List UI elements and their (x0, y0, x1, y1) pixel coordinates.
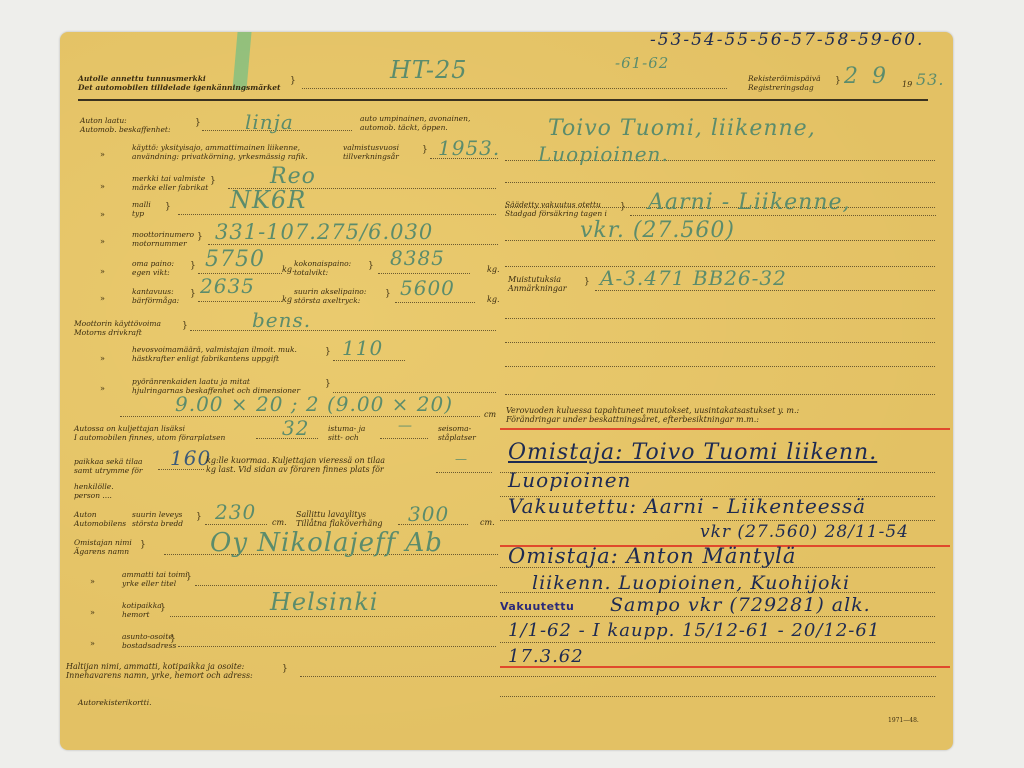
width-value: 230 (215, 500, 256, 524)
change-entry-9: 17.3.62 (508, 646, 584, 667)
reg-date-year: 53. (916, 70, 944, 89)
brace: } (165, 202, 171, 212)
label-fi: suurin leveys (132, 510, 183, 519)
label-fi: hevosvoimamäärä, valmistajan ilmoit. muk… (132, 345, 297, 354)
note-sv: automob. täckt, öppen. (360, 123, 470, 132)
brace: } (197, 232, 203, 242)
reg-mark-value: HT-25 (390, 56, 468, 84)
brace: } (186, 572, 192, 582)
brace: } (160, 603, 166, 613)
bullet: » (100, 384, 105, 393)
label-fi: kantavuus: (132, 287, 179, 296)
change-entry-3: Vakuutettu: Aarni - Liikenteessä (508, 494, 866, 518)
change-entry-6: liikenn. Luopioinen, Kuohijoki (532, 572, 850, 594)
brace: } (190, 261, 196, 271)
brace: } (422, 145, 428, 155)
label-sv: Ägarens namn (74, 547, 132, 556)
label-fi: käyttö: yksityisajo, ammattimainen liike… (132, 143, 308, 152)
brace: } (620, 202, 626, 212)
label-sv: Motorns drivkraft (74, 328, 161, 337)
bullet: » (90, 577, 95, 586)
brace: } (196, 512, 202, 522)
use-label: käyttö: yksityisajo, ammattimainen liike… (132, 143, 308, 161)
reg-date-century: 19 (902, 80, 912, 89)
change-entry-4: vkr (27.560) 28/11-54 (700, 522, 909, 542)
overhang-label: Sallittu lavaylitys Tillåtna flaköverhän… (296, 510, 383, 528)
brace: } (282, 664, 288, 674)
width-sublabel: suurin leveys största bredd (132, 510, 183, 528)
reg-mark-label-fi: Autolle annettu tunnusmerkki (78, 74, 280, 83)
label-fi: Sallittu lavaylitys (296, 510, 383, 519)
note-fi: auto umpinainen, avonainen, (360, 114, 470, 123)
bullet: » (100, 210, 105, 219)
engine-no-value: 331-107.275/6.030 (215, 220, 433, 244)
beside-value: — (455, 452, 468, 466)
years-line-1: -53-54-55-56-57-58-59-60. (650, 32, 924, 50)
text-sv: kg last. Vid sidan av föraren finnes pla… (206, 465, 385, 474)
reg-mark-label: Autolle annettu tunnusmerkki Det automob… (78, 74, 280, 92)
dotted-line (380, 438, 428, 439)
label-fi: Autossa on kuljettajan lisäksi (74, 424, 225, 433)
insurance-value-line-1: Aarni - Liikenne, (648, 190, 851, 215)
make-label: merkki tai valmiste märke eller fabrikat (132, 174, 208, 192)
brace: } (195, 118, 201, 128)
change-entry-1: Omistaja: Toivo Tuomi liikenn. (508, 440, 877, 465)
bullet: » (100, 150, 105, 159)
reg-date-label-sv: Registreringsdag (748, 83, 821, 92)
label-fi: valmistusvuosi (343, 143, 399, 152)
brace: } (368, 261, 374, 271)
brace: } (584, 277, 590, 287)
dotted-line (500, 520, 935, 521)
dotted-line (500, 642, 935, 643)
dotted-line (205, 524, 267, 525)
label-fi: ammatti tai toimi (122, 570, 188, 579)
brace: } (190, 289, 196, 299)
body-type-note: auto umpinainen, avonainen, automob. täc… (360, 114, 470, 132)
overhang-value: 300 (408, 502, 449, 526)
label-fi: kokonaispaino: (294, 259, 351, 268)
width-label: Auton Automobilens (74, 510, 126, 528)
insured-stamp: Vakuutettu (500, 600, 574, 613)
changes-header: Verovuoden kuluessa tapahtuneet muutokse… (506, 406, 799, 424)
own-weight-label: oma paino: egen vikt: (132, 259, 174, 277)
standing-value: — (398, 418, 413, 434)
brace: } (182, 321, 188, 331)
brace: } (325, 379, 331, 389)
label-sv: totalvikt: (294, 268, 351, 277)
brace: } (210, 176, 216, 186)
label-sv: hästkrafter enligt fabrikantens uppgift (132, 354, 297, 363)
seat-type-label: istuma- ja sitt- och (328, 424, 365, 442)
label-fi: paikkaa sekä tilaa (74, 457, 143, 466)
label-fi: moottorinumero (132, 230, 194, 239)
horsepower-value: 110 (342, 336, 383, 360)
label-sv: person .... (74, 491, 114, 500)
label-fi: Verovuoden kuluessa tapahtuneet muutokse… (506, 406, 799, 415)
label-sv: märke eller fabrikat (132, 183, 208, 192)
reg-date-label: Rekisteröimispäivä Registreringsdag (748, 74, 821, 92)
label-fi: suurin akselipaino: (294, 287, 366, 296)
label-fi: malli (132, 200, 151, 209)
insurance-value-line-2: vkr. (27.560) (580, 218, 735, 243)
load-text: kg:lle kuormaa. Kuljettajan vieressä on … (206, 456, 385, 474)
header-rule (78, 99, 928, 101)
own-weight-value: 5750 (205, 247, 265, 272)
label-fi: istuma- ja (328, 424, 365, 433)
dotted-line (500, 616, 935, 617)
unit: kg. (487, 295, 500, 304)
body-type-label: Auton laatu: Automob. beskaffenhet: (80, 116, 170, 134)
unit: kg (282, 295, 292, 304)
occupation-label: ammatti tai toimi yrke eller titel (122, 570, 188, 588)
years-line-2: -61-62 (615, 54, 669, 72)
holder-label: Haltijan nimi, ammatti, kotipaikka ja os… (66, 662, 253, 680)
label-sv: egen vikt: (132, 268, 174, 277)
label-fi: Auton (74, 510, 126, 519)
top-entry-line-1: Toivo Tuomi, liikenne, (548, 116, 816, 141)
unit: cm (484, 410, 496, 419)
dotted-line (195, 585, 497, 586)
tyres-value: 9.00 × 20 ; 2 (9.00 × 20) (175, 392, 453, 416)
year-label: valmistusvuosi tillverkningsår (343, 143, 399, 161)
label-sv: Automob. beskaffenhet: (80, 125, 170, 134)
brace: } (140, 540, 146, 550)
label-sv: typ (132, 209, 151, 218)
bullet: » (100, 294, 105, 303)
dotted-line (378, 273, 470, 274)
label-sv: Anmärkningar (508, 284, 567, 293)
model-label: malli typ (132, 200, 151, 218)
dotted-line (595, 290, 935, 291)
horsepower-label: hevosvoimamäärä, valmistajan ilmoit. muk… (132, 345, 297, 363)
year-value: 1953. (438, 136, 500, 160)
seats-value: 32 (282, 416, 309, 440)
label-sv: största bredd (132, 519, 183, 528)
seats-label: Autossa on kuljettajan lisäksi I automob… (74, 424, 225, 442)
dotted-line (208, 244, 498, 245)
dotted-line (395, 302, 475, 303)
label-sv: bostadsadress (122, 641, 176, 650)
person-label: henkilölle. person .... (74, 482, 114, 500)
change-entry-8: 1/1-62 - I kaupp. 15/12-61 - 20/12-61 (508, 620, 880, 641)
fuel-label: Moottorin käyttövoima Motorns drivkraft (74, 319, 161, 337)
card-footer-left: Autorekisterikortti. (78, 698, 151, 707)
top-entry-line-2: Luopioinen. (538, 142, 669, 166)
domicile-value: Helsinki (270, 588, 378, 616)
label-sv: största axeltryck: (294, 296, 366, 305)
label-sv: motornummer (132, 239, 194, 248)
red-rule (500, 428, 950, 430)
unit: cm. (480, 518, 495, 527)
label-sv: sitt- och (328, 433, 365, 442)
owner-label: Omistajan nimi Ägarens namn (74, 538, 132, 556)
dotted-line (198, 301, 282, 302)
vehicle-registration-card: Autolle annettu tunnusmerkki Det automob… (60, 32, 953, 750)
dotted-line (333, 360, 405, 361)
brace: } (385, 289, 391, 299)
label-sv: Förändringar under beskattningsåret, eft… (506, 415, 799, 424)
remarks-label: Muistutuksia Anmärkningar (508, 275, 567, 293)
label-fi: Moottorin käyttövoima (74, 319, 161, 328)
capacity-label: kantavuus: bärförmåga: (132, 287, 179, 305)
dotted-line (190, 330, 496, 331)
unit: kg. (487, 265, 500, 274)
label-fi: kotipaikka (122, 601, 162, 610)
dotted-line (505, 182, 935, 183)
dotted-line (505, 394, 935, 395)
label-sv: Automobilens (74, 519, 126, 528)
label-fi: asunto-osoite (122, 632, 176, 641)
axle-value: 5600 (400, 276, 455, 300)
dotted-line (170, 616, 497, 617)
label-fi: merkki tai valmiste (132, 174, 208, 183)
dotted-line (505, 342, 935, 343)
change-entry-7: Sampo vkr (729281) alk. (610, 594, 871, 616)
capacity-value: 2635 (200, 274, 255, 298)
label-sv: bärförmåga: (132, 296, 179, 305)
brace: } (290, 76, 296, 86)
bullet: » (100, 267, 105, 276)
label-fi: Omistajan nimi (74, 538, 132, 547)
label-fi: Auton laatu: (80, 116, 170, 125)
label-sv: Tillåtna flaköverhäng (296, 519, 383, 528)
unit: cm. (272, 518, 287, 527)
label-sv: samt utrymme för (74, 466, 143, 475)
fuel-value: bens. (252, 308, 311, 332)
dotted-line (500, 696, 935, 697)
axle-label: suurin akselipaino: största axeltryck: (294, 287, 366, 305)
label-fi: Säädetty vakuutus otettu (505, 200, 607, 209)
form-code: 1971—48. (888, 716, 919, 725)
dotted-line (505, 318, 935, 319)
total-weight-value: 8385 (390, 246, 445, 270)
label-sv: användning: privatkörning, yrkesmässig r… (132, 152, 308, 161)
text-fi: kg:lle kuormaa. Kuljettajan vieressä on … (206, 456, 385, 465)
reg-mark-label-sv: Det automobilen tilldelade igenkänningsm… (78, 83, 280, 92)
dotted-line (178, 646, 496, 647)
insurance-label: Säädetty vakuutus otettu Stadgad försäkr… (505, 200, 607, 218)
engine-no-label: moottorinumero motornummer (132, 230, 194, 248)
brace: } (170, 634, 176, 644)
label-sv: tillverkningsår (343, 152, 399, 161)
address-label: asunto-osoite bostadsadress (122, 632, 176, 650)
total-weight-label: kokonaispaino: totalvikt: (294, 259, 351, 277)
label-sv: Innehavarens namn, yrke, hemort och adre… (66, 671, 253, 680)
brace: } (835, 76, 841, 86)
load-label: paikkaa sekä tilaa samt utrymme för (74, 457, 143, 475)
label-sv: I automobilen finnes, utom förarplatsen (74, 433, 225, 442)
model-value: NK6R (230, 186, 306, 214)
bullet: » (90, 639, 95, 648)
reg-date-day: 2 (844, 64, 859, 89)
remarks-value: A-3.471 BB26-32 (600, 266, 787, 290)
load-value: 160 (170, 446, 211, 470)
label-fi: pyöränrenkaiden laatu ja mitat (132, 377, 300, 386)
label-fi: Haltijan nimi, ammatti, kotipaikka ja os… (66, 662, 253, 671)
dotted-line (178, 214, 496, 215)
standing-label: seisoma- ståplatser (438, 424, 476, 442)
dotted-line (436, 472, 492, 473)
label-sv: hemort (122, 610, 162, 619)
change-entry-2: Luopioinen (508, 468, 631, 492)
bullet: » (90, 608, 95, 617)
bullet: » (100, 237, 105, 246)
reg-date-label-fi: Rekisteröimispäivä (748, 74, 821, 83)
dotted-line (300, 676, 936, 677)
dotted-line (630, 215, 936, 216)
brace: } (325, 347, 331, 357)
label-fi: Muistutuksia (508, 275, 567, 284)
label-fi: henkilölle. (74, 482, 114, 491)
label-fi: oma paino: (132, 259, 174, 268)
label-sv: Stadgad försäkring tagen i (505, 209, 607, 218)
bullet: » (100, 354, 105, 363)
owner-value: Oy Nikolajeff Ab (210, 528, 443, 558)
label-sv: ståplatser (438, 433, 476, 442)
domicile-label: kotipaikka hemort (122, 601, 162, 619)
reg-date-month: 9 (872, 64, 887, 89)
dotted-line (302, 88, 727, 89)
change-entry-5: Omistaja: Anton Mäntylä (508, 544, 796, 568)
dotted-line (505, 366, 935, 367)
label-sv: yrke eller titel (122, 579, 188, 588)
unit: kg. (282, 265, 295, 274)
bullet: » (100, 182, 105, 191)
label-fi: seisoma- (438, 424, 476, 433)
body-type-value: linja (245, 110, 294, 134)
